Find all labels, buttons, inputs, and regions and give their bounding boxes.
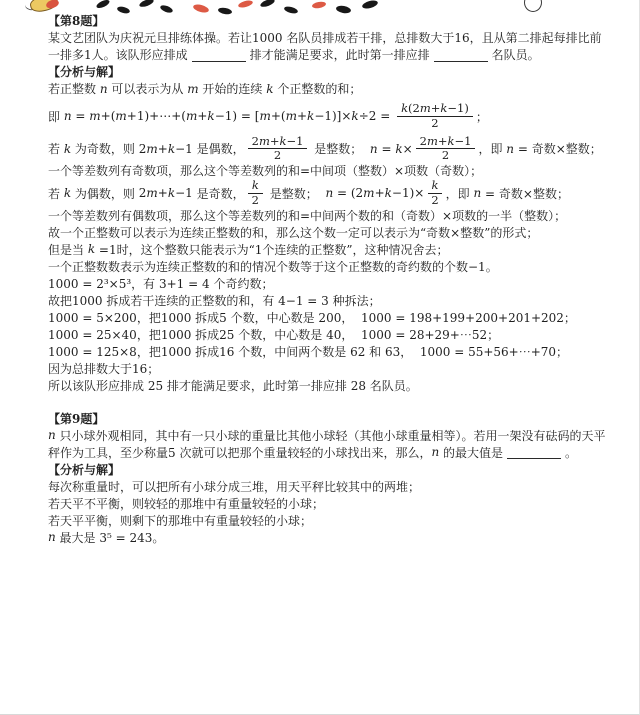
text-run: 1000 = 5×200，把1000 拆成5 个数，中心数是 200， 1000…: [48, 309, 576, 326]
answer-blank: [434, 48, 488, 62]
text-line: 因为总排数大于16；: [48, 360, 609, 377]
math-run: n: [100, 82, 108, 96]
problem-9-analysis-body: 每次称重量时，可以把所有小球分成三堆，用天平秤比较其中的两堆；若天平不平衡，则较…: [48, 478, 609, 546]
problem-8-section: 【第8题】 某文艺团队为庆祝元旦排练体操。若让1000 名队员排成若干排，总排数…: [48, 12, 609, 394]
text-line: 即 n = m+(m+1)+⋯+(m+k−1) = [m+(m+k−1)]×k÷…: [48, 97, 609, 135]
text-run: 若: [48, 140, 64, 157]
math-run: k: [266, 82, 273, 96]
text-run: ，即: [478, 140, 506, 157]
fraction-numerator: k(2m+k−1): [397, 102, 473, 116]
text-run: 名队员。: [492, 46, 540, 63]
problem-9-analysis-title: 【分析与解】: [48, 461, 609, 478]
text-run: 即: [48, 108, 64, 125]
text-line: 故一个正整数可以表示为连续正整数的和，那么这个数一定可以表示为“奇数×整数”的形…: [48, 224, 609, 241]
text-run: 是整数；: [266, 185, 325, 202]
text-run: 一个等差数列有偶数项，那么这个等差数列的和=中间两个数的和（奇数）×项数的一半（…: [48, 207, 566, 224]
text-line: 若天平平衡，则剩下的那堆中有重量较轻的小球；: [48, 512, 609, 529]
math-run: n: [506, 142, 514, 156]
text-line: 若正整数 n 可以表示为从 m 开始的连续 k 个正整数的和；: [48, 80, 609, 97]
text-line: 一个等差数列有奇数项，那么这个等差数列的和=中间项（整数）×项数（奇数）；: [48, 162, 609, 179]
problem-9-title: 【第9题】: [48, 410, 609, 427]
text-run: ；: [476, 108, 488, 125]
text-run: 一个等差数列有奇数项，那么这个等差数列的和=中间项（整数）×项数（奇数）；: [48, 162, 482, 179]
text-run: =1时，这个整数只能表示为“1个连续的正整数”，这种情况舍去；: [95, 241, 448, 258]
math-run: n = m+(m+1)+⋯+(m+k−1) = [m+(m+k−1)]×k÷2 …: [64, 109, 394, 123]
fraction: k2: [427, 179, 442, 206]
text-line: n 最大是 3⁵ = 243。: [48, 529, 609, 546]
document-content: 【第8题】 某文艺团队为庆祝元旦排练体操。若让1000 名队员排成若干排，总排数…: [0, 0, 639, 546]
text-run: 故一个正整数可以表示为连续正整数的和，那么这个数一定可以表示为“奇数×整数”的形…: [48, 224, 538, 241]
text-line: 1000 = 125×8，把1000 拆成16 个数，中间两个数是 62 和 6…: [48, 343, 609, 360]
answer-blank: [507, 445, 561, 459]
text-run: 故把1000 拆成若干连续的正整数的和，有 4−1 = 3 种拆法；: [48, 292, 381, 309]
problem-8-analysis-title: 【分析与解】: [48, 63, 609, 80]
math-run: m: [187, 82, 198, 96]
text-line: n 只小球外观相同，其中有一只小球的重量比其他小球轻（其他小球重量相等）。若用一…: [48, 427, 609, 444]
text-line: 秤作为工具，至少称量5 次就可以把那个重量较轻的小球找出来，那么，n 的最大值是…: [48, 444, 609, 461]
text-run: 1000 = 2³×5³，有 3+1 = 4 个奇约数；: [48, 275, 273, 292]
text-line: 若天平不平衡，则较轻的那堆中有重量较轻的小球；: [48, 495, 609, 512]
text-run: 开始的连续: [199, 80, 267, 97]
math-run: 2m+k−1: [139, 142, 193, 156]
text-run: 为偶数，则: [71, 185, 139, 202]
math-run: k: [88, 242, 95, 256]
math-run: k: [64, 142, 71, 156]
text-run: 所以该队形应排成 25 排才能满足要求，此时第一排应排 28 名队员。: [48, 377, 418, 394]
math-run: n: [48, 428, 56, 442]
text-run: 若天平平衡，则剩下的那堆中有重量较轻的小球；: [48, 512, 312, 529]
text-line: 一排多1人。该队形应排成排才能满足要求，此时第一排应排名队员。: [48, 46, 609, 63]
fraction: 2m+k−12: [248, 135, 308, 162]
text-run: 秤作为工具，至少称量5 次就可以把那个重量较轻的小球找出来，那么，: [48, 444, 431, 461]
math-run: 2m+k−1: [139, 186, 193, 200]
text-run: 。: [565, 444, 577, 461]
math-run: n: [431, 445, 439, 459]
math-run: n = (2m+k−1)×: [325, 186, 424, 200]
text-run: 每次称重量时，可以把所有小球分成三堆，用天平秤比较其中的两堆；: [48, 478, 420, 495]
text-line: 若 k 为奇数，则 2m+k−1 是偶数，2m+k−12 是整数； n = k×…: [48, 135, 609, 162]
text-run: 是奇数，: [193, 185, 245, 202]
math-run: n = k×: [370, 142, 413, 156]
text-run: 因为总排数大于16；: [48, 360, 159, 377]
text-line: 1000 = 2³×5³，有 3+1 = 4 个奇约数；: [48, 275, 609, 292]
fraction-numerator: k: [248, 179, 263, 193]
text-line: 一个等差数列有偶数项，那么这个等差数列的和=中间两个数的和（奇数）×项数的一半（…: [48, 207, 609, 224]
text-run: 若正整数: [48, 80, 100, 97]
fraction-denominator: 2: [427, 194, 442, 207]
text-line: 1000 = 5×200，把1000 拆成5 个数，中心数是 200， 1000…: [48, 309, 609, 326]
text-run: 的最大值是: [439, 444, 503, 461]
text-line: 每次称重量时，可以把所有小球分成三堆，用天平秤比较其中的两堆；: [48, 478, 609, 495]
text-run: 可以表示为从: [108, 80, 188, 97]
text-run: 排才能满足要求，此时第一排应排: [250, 46, 430, 63]
fraction-denominator: 2: [248, 194, 263, 207]
text-run: 个正整数的和；: [274, 80, 362, 97]
problem-9-section: 【第9题】 n 只小球外观相同，其中有一只小球的重量比其他小球轻（其他小球重量相…: [48, 410, 609, 546]
text-line: 若 k 为偶数，则 2m+k−1 是奇数，k2 是整数； n = (2m+k−1…: [48, 179, 609, 206]
text-run: 但是当: [48, 241, 88, 258]
fraction-denominator: 2: [438, 149, 453, 162]
text-run: 某文艺团队为庆祝元旦排练体操。若让1000 名队员排成若干排，总排数大于16，且…: [48, 29, 602, 46]
text-run: 是偶数，: [193, 140, 245, 157]
text-line: 1000 = 25×40，把1000 拆成25 个数，中心数是 40， 1000…: [48, 326, 609, 343]
text-line: 一个正整数数表示为连续正整数的和的情况个数等于这个正整数的奇约数的个数−1。: [48, 258, 609, 275]
problem-8-analysis-body: 若正整数 n 可以表示为从 m 开始的连续 k 个正整数的和；即 n = m+(…: [48, 80, 609, 394]
math-run: n: [474, 186, 482, 200]
fraction: k2: [248, 179, 263, 206]
text-run: 若: [48, 185, 64, 202]
text-run: 1000 = 125×8，把1000 拆成16 个数，中间两个数是 62 和 6…: [48, 343, 568, 360]
fraction-numerator: 2m+k−1: [416, 135, 476, 149]
fraction-numerator: k: [428, 179, 443, 193]
text-line: 所以该队形应排成 25 排才能满足要求，此时第一排应排 28 名队员。: [48, 377, 609, 394]
math-run: n: [48, 530, 56, 544]
text-run: 一个正整数数表示为连续正整数的和的情况个数等于这个正整数的奇约数的个数−1。: [48, 258, 498, 275]
problem-8-title: 【第8题】: [48, 12, 609, 29]
text-run: = 奇数×整数；: [514, 140, 602, 157]
text-run: ，即: [446, 185, 474, 202]
text-run: 最大是 3⁵ = 243。: [56, 529, 165, 546]
text-run: 1000 = 25×40，把1000 拆成25 个数，中心数是 40， 1000…: [48, 326, 499, 343]
text-run: = 奇数×整数；: [481, 185, 569, 202]
text-run: 是整数；: [310, 140, 369, 157]
problem-9-statement: n 只小球外观相同，其中有一只小球的重量比其他小球轻（其他小球重量相等）。若用一…: [48, 427, 609, 461]
answer-blank: [192, 48, 246, 62]
problem-8-statement: 某文艺团队为庆祝元旦排练体操。若让1000 名队员排成若干排，总排数大于16，且…: [48, 29, 609, 63]
text-run: 为奇数，则: [71, 140, 139, 157]
math-run: k: [64, 186, 71, 200]
text-line: 故把1000 拆成若干连续的正整数的和，有 4−1 = 3 种拆法；: [48, 292, 609, 309]
fraction-denominator: 2: [270, 149, 285, 162]
text-run: 只小球外观相同，其中有一只小球的重量比其他小球轻（其他小球重量相等）。若用一架没…: [56, 427, 606, 444]
text-line: 但是当 k =1时，这个整数只能表示为“1个连续的正整数”，这种情况舍去；: [48, 241, 609, 258]
text-run: 一排多1人。该队形应排成: [48, 46, 188, 63]
text-run: 若天平不平衡，则较轻的那堆中有重量较轻的小球；: [48, 495, 324, 512]
text-line: 某文艺团队为庆祝元旦排练体操。若让1000 名队员排成若干排，总排数大于16，且…: [48, 29, 609, 46]
document-page: 【第8题】 某文艺团队为庆祝元旦排练体操。若让1000 名队员排成若干排，总排数…: [0, 0, 640, 715]
fraction: k(2m+k−1)2: [397, 102, 473, 129]
fraction-numerator: 2m+k−1: [248, 135, 308, 149]
fraction-denominator: 2: [427, 117, 442, 130]
fraction: 2m+k−12: [416, 135, 476, 162]
